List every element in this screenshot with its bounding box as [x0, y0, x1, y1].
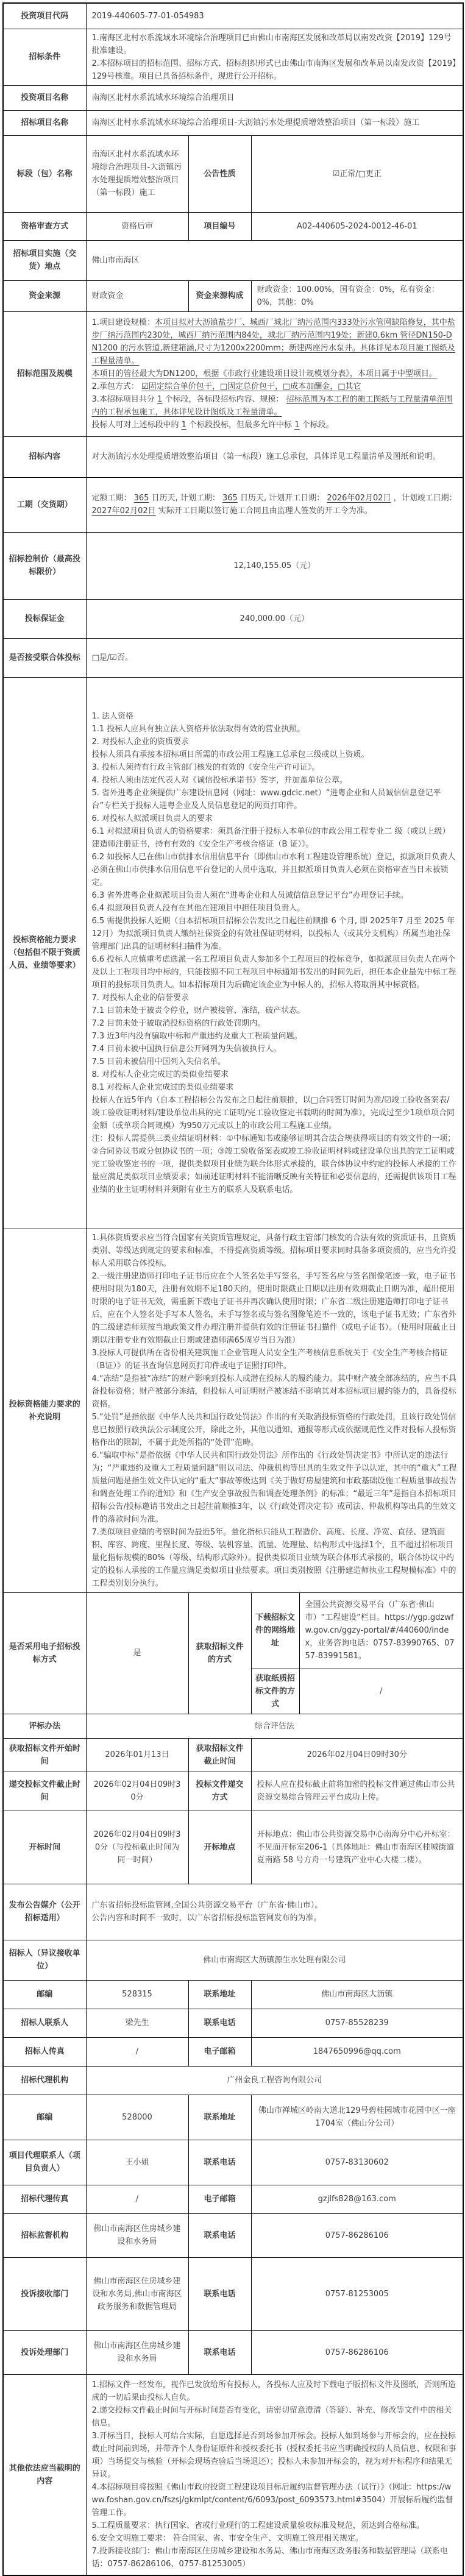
value-tenderer-zipcode: 528315	[86, 1980, 188, 2009]
value-tender-project-name: 南海区北村水系流域水环境综合治理项目-大沥镇污水处理提质增效整治项目（第一标段）…	[86, 110, 463, 135]
value-tenderer-phone: 0757-85528239	[251, 2009, 463, 2037]
row-agency: 招标代理机构 广州金良工程咨询有限公司	[3, 2066, 463, 2095]
value-notice-nature: ☑正常/□更正	[251, 135, 463, 212]
paragraph: 6.1 对拟派项目负责人的资格要求：须具备注册于投标人本单位的市政公用工程专业二…	[92, 825, 458, 851]
row-agency-fax: 招标代理传真 / 电子邮箱 gzjlfs828@163.com	[3, 2185, 463, 2213]
paragraph: 7.投诉接收部门：佛山市南海区住房城乡建设和水务局、佛山市南海区政务服务和数据管…	[92, 2545, 458, 2571]
paragraph: 6.5 需提供投标人近期（自本招标项目招标公告发出之日起往前顺推 6 个月, 即…	[92, 915, 458, 953]
value-bid-opening-time: 2026年02月04日09时30分（与投标截止时间为同一时间）	[86, 1811, 188, 1884]
paragraph: 2. 对投标人企业的资质要求	[92, 736, 458, 748]
value-section-name: 南海区北村水系流域水环境综合治理项目-大沥镇污水处理提质增效整治项目（第一标段）…	[86, 135, 188, 212]
label-section-name: 标段（包）名称	[3, 135, 86, 212]
value-qualification-requirements: 1. 法人资格1.1 投标人应具有独立法人资格并依法取得有效的营业执照。2. 对…	[86, 677, 463, 1229]
value-tenderer-email: 1847650996@qq.com	[251, 2037, 463, 2066]
label-submission-deadline: 递交投标文件截止时间	[3, 1772, 86, 1811]
label-qualification-requirements: 投标资格能力要求（包括但不限于资质人员、业绩等要求）	[3, 677, 86, 1229]
row-complaint-receiving: 投诉接收部门 佛山市南海区住房城乡建设和水务局,佛山市南海区政务服务和数据管理局…	[3, 2257, 463, 2330]
label-agency-address: 联系地址	[188, 2095, 251, 2140]
paragraph: 7.2 目前未处于被取消投标资格的行政处罚期内。	[92, 1017, 458, 1030]
label-electronic-bidding: 是否采用电子招标投标方式	[3, 1592, 86, 1714]
label-supervision-phone: 联系电话	[188, 2213, 251, 2257]
row-tender-content: 招标内容 对大沥镇污水处理提质增效整治项目（第一标段）施工总承包，具体详见工程量…	[3, 436, 463, 477]
label-project-number: 项目编号	[188, 212, 251, 240]
row-qualification-supplement: 投标资格能力要求的补充说明 1.具体资质要求应当符合国家有关资质管理规定，具备行…	[3, 1229, 463, 1592]
value-supervision-phone: 0757-86286106	[251, 2213, 463, 2257]
paragraph: 7.类似项目业绩的考察时间为最近5年。量化指标只能从工程造价、高度、长度、净宽、…	[92, 1526, 458, 1590]
text-segment: 1.项目建设规模：	[92, 318, 155, 327]
row-tenderer: 招标人（异议接收单位） 佛山市南海区大沥镇源生水处理有限公司	[3, 1940, 463, 1980]
paragraph: 1.南海区北村水系流域水环境综合治理项目已由佛山市南海区发展和改革局以南发改资【…	[92, 32, 458, 57]
row-qualification-requirements: 投标资格能力要求（包括但不限于资质人员、业绩等要求） 1. 法人资格1.1 投标…	[3, 677, 463, 1229]
paragraph: 注：投标人需提供三类业绩证明材料：①中标通知书或能够证明其合法合规获得项目的有效…	[92, 1132, 458, 1196]
value-duration: 定额工期： 365 日历天, 计划工期： 365 日历天, 计划开工日期： 20…	[86, 477, 463, 532]
value-submission-deadline: 2026年02月04日09时30分	[86, 1772, 188, 1811]
label-consortium: 是否接受联合体投标	[3, 638, 86, 677]
text-segment: 个标段，各标段招标内容、规模：	[162, 395, 286, 404]
row-tender-scope: 招标范围及规模 1.项目建设规模：本项目拟对大沥镇盐步厂、城西厂城北厂纳污范围内…	[3, 311, 463, 436]
row-bid-deposit: 投标保证金 240,000.00（元）	[3, 599, 463, 638]
label-investment-name: 投资项目名称	[3, 85, 86, 110]
paragraph: 2.递交投标文件截止时间与开标时间是否有变化，请密切留意澄清（答疑）、补充、修改…	[92, 2404, 458, 2430]
label-tender-conditions: 招标条件	[3, 29, 86, 85]
value-electronic-bidding: 是	[86, 1592, 188, 1714]
paragraph: 8.1 对投标人企业完成过的类似业绩要求	[92, 1081, 458, 1094]
label-documents-deadline: 获取招标文件截止时间	[188, 1738, 251, 1772]
value-funding-source: 财政资金	[86, 280, 188, 311]
label-bid-deposit: 投标保证金	[3, 599, 86, 638]
filled-blank-text: 1	[182, 420, 186, 430]
value-funding-composition: 财政资金：100.00%，国有资金：0%，私有资金：0%，其他：0%	[251, 280, 463, 311]
text-segment: 3.本招标项目共分	[92, 395, 158, 404]
row-agency-contact: 项目代理联系人（项目负责人） 王小姐 联系电话 0757-83130602	[3, 2140, 463, 2185]
value-qualification-review: 资格后审	[86, 212, 188, 240]
row-consortium: 是否接受联合体投标 □是/☑否。	[3, 638, 463, 677]
row-duration: 工期（交货期） 定额工期： 365 日历天, 计划工期： 365 日历天, 计划…	[3, 477, 463, 532]
label-complaint-handling: 投诉处理部门	[3, 2330, 86, 2374]
paragraph: 1. 法人资格	[92, 710, 458, 723]
text-segment: ，计划竣工日期：	[391, 494, 457, 503]
label-notice-nature: 公告性质	[188, 135, 251, 212]
row-announcement-media: 发布公告媒介（公开招标适用） 广东省招标投标监管网,全国公共资源交易平台（广东省…	[3, 1884, 463, 1940]
text-segment: 个标段投标，但最多允许中标	[186, 420, 294, 430]
row-tenderer-zipcode: 邮编 528315 联系地址 佛山市南海区大沥镇	[3, 1980, 463, 2009]
label-tenderer-fax: 招标人传真	[3, 2037, 86, 2066]
paragraph: 4.本招标项目将按照《佛山市政府投资工程建设项目标后履约监督管理办法（试行）》（…	[92, 2481, 458, 2519]
value-qualification-supplement: 1.具体资质要求应当符合国家有关资质管理规定，具备行政主管部门核发的合法有效的资…	[86, 1229, 463, 1592]
row-section-name: 标段（包）名称 南海区北村水系流域水环境综合治理项目-大沥镇污水处理提质增效整治…	[3, 135, 463, 212]
label-investment-code: 投资项目代码	[3, 3, 86, 29]
value-supervision-agency: 佛山市南海区住房城乡建设和水务局	[86, 2213, 188, 2257]
text-segment: 个标段。	[299, 420, 333, 430]
filled-blank-text: ☑固定综合单价包干，□固定总价包干，□成本加酬金，□其它	[141, 382, 361, 391]
label-bid-opening-place: 开标地点	[188, 1811, 251, 1884]
value-investment-name: 南海区北村水系流域水环境综合治理项目	[86, 85, 463, 110]
value-complaint-handling: 佛山市南海区住房城乡建设和水务局	[86, 2330, 188, 2374]
label-complaint-handling-phone: 联系电话	[188, 2330, 251, 2374]
paragraph: 6.3 省外进粤企业拟派项目负责人须在“进粤企业和人员诚信信息登记平台”办理登记…	[92, 889, 458, 902]
text-segment: 投标人可对上述标段中的	[92, 420, 182, 430]
value-consortium: □是/☑否。	[86, 638, 463, 677]
value-complaint-receiving: 佛山市南海区住房城乡建设和水务局,佛山市南海区政务服务和数据管理局	[86, 2257, 188, 2330]
paragraph: 7.1 目前未处于被责令停业，财产被接管、冻结，破产状态。	[92, 1004, 458, 1017]
value-project-location: 佛山市南海区	[86, 240, 463, 280]
label-paper-documents-method: 获取纸质招标文件的方式	[251, 1669, 299, 1714]
label-bid-opening-time: 开标时间	[3, 1811, 86, 1884]
row-electronic-bidding: 是否采用电子招标投标方式 是 获取招标文件的方式 下载招标文件的网络地址 全国公…	[3, 1592, 463, 1669]
value-tenderer-fax: /	[86, 2037, 188, 2066]
text-segment: 实际开工日期以签订施工合同且由监理人签发的开工令为准。	[156, 506, 372, 516]
value-announcement-media: 广东省招标投标监管网,全国公共资源交易平台（广东省·佛山市）。公告内容和时间不一…	[86, 1884, 463, 1940]
row-bid-opening: 开标时间 2026年02月04日09时30分（与投标截止时间为同一时间） 开标地…	[3, 1811, 463, 1884]
value-agency-zipcode: 528000	[86, 2095, 188, 2140]
text-segment: 日历天, 计划工期：	[149, 494, 222, 503]
row-evaluation-method: 评标办法 综合评估法	[3, 1714, 463, 1738]
row-complaint-handling: 投诉处理部门 佛山市南海区住房城乡建设和水务局 联系电话 0757-862861…	[3, 2330, 463, 2374]
row-funding-source: 资金来源 财政资金 资金来源构成 财政资金：100.00%，国有资金：0%，私有…	[3, 280, 463, 311]
paragraph: 投标人可对上述标段中的 1 个标段投标，但最多允许中标 1 个标段。	[92, 419, 458, 431]
paragraph: 公告内容和时间不一致时，以广东省招标投标监管网发布的为准。	[92, 1912, 458, 1925]
paragraph: 7. 对投标人企业的信誉要求	[92, 992, 458, 1004]
label-agency: 招标代理机构	[3, 2066, 86, 2095]
value-complaint-handling-phone: 0757-86286106	[251, 2330, 463, 2374]
label-tenderer-address: 联系地址	[188, 1980, 251, 2009]
value-download-address: 全国公共资源交易平台（广东省·佛山市）“工程建设”栏目。https://ygp.…	[299, 1592, 463, 1669]
value-tenderer: 佛山市南海区大沥镇源生水处理有限公司	[86, 1940, 463, 1980]
paragraph: 1.项目建设规模：本项目拟对大沥镇盐步厂、城西厂城北厂纳污范围内333处污水管网…	[92, 316, 458, 367]
text-segment: 日历天, 计划开工日期：	[238, 494, 327, 503]
filled-blank-text: 365	[222, 494, 238, 503]
value-agency: 广州金良工程咨询有限公司	[86, 2066, 463, 2095]
paragraph: 4. 投标人须由法定代表人对《诚信投标承诺书》签字，并加盖单位公章。	[92, 774, 458, 787]
value-other-contents: 1.招标文件一经发布，视作已发放给所有投标人，各投标人应及时下载电子版招标文件及…	[86, 2374, 463, 2575]
text-segment: 2.承包方式：	[92, 382, 142, 391]
tender-announcement-page: 投资项目代码 2019-440605-77-01-054983 招标条件 1.南…	[0, 2, 465, 2576]
filled-blank-text: 2027年02月02日	[92, 506, 156, 516]
paragraph: 2.承包方式： ☑固定综合单价包干，□固定总价包干，□成本加酬金，□其它	[92, 380, 458, 393]
row-other-contents: 其他依法应当载明的内容 1.招标文件一经发布，视作已发放给所有投标人，各投标人应…	[3, 2374, 463, 2575]
label-obtain-documents-method: 获取招标文件的方式	[188, 1592, 251, 1714]
paragraph: 本项目的管径最大为DN1200，根据《市政行业建设项目设计规模划分表》，本项目属…	[92, 367, 458, 380]
row-price-ceiling: 招标控制价（最高投标限价） 12,140,155.05（元）	[3, 532, 463, 599]
label-announcement-media: 发布公告媒介（公开招标适用）	[3, 1884, 86, 1940]
label-submission-method: 投标文件递交方式	[188, 1772, 251, 1811]
paragraph: 3.投标人可提供所在省份相关建筑施工企业管理人员安全生产考核信息系统关于《安全生…	[92, 1347, 458, 1372]
label-qualification-review: 资格审查方式	[3, 212, 86, 240]
value-price-ceiling: 12,140,155.05（元）	[86, 532, 463, 599]
label-tender-content: 招标内容	[3, 436, 86, 477]
paragraph: 2.一级注册建造师打印电子证书后应在个人签名处手写签名，手写签名应与签名图像笔迹…	[92, 1270, 458, 1347]
value-tenderer-contact: 梁先生	[86, 2009, 188, 2037]
label-evaluation-method: 评标办法	[3, 1714, 86, 1738]
label-tenderer-email: 电子邮箱	[188, 2037, 251, 2066]
value-documents-deadline: 2026年02月04日09时30分	[251, 1738, 463, 1772]
label-tenderer-zipcode: 邮编	[3, 1980, 86, 2009]
value-submission-method: 投标人应在投标截止前将加密的投标文件通过佛山市公共资源交易综合管理云平台成功上传…	[251, 1772, 463, 1811]
value-project-number: A02-440605-2024-0012-46-01	[251, 212, 463, 240]
paragraph: 对大沥镇污水处理提质增效整治项目（第一标段）施工总承包，具体详见工程量清单及图纸…	[92, 450, 458, 463]
paragraph: 3.本招标项目共分 1 个标段，各标段招标内容、规模： 招标范围为本工程的施工图…	[92, 393, 458, 419]
value-documents-start-time: 2026年01月13日	[86, 1738, 188, 1772]
row-tender-project-name: 招标项目名称 南海区北村水系流域水环境综合治理项目-大沥镇污水处理提质增效整治项…	[3, 110, 463, 135]
row-qualification-review: 资格审查方式 资格后审 项目编号 A02-440605-2024-0012-46…	[3, 212, 463, 240]
paragraph: 6.4 拟派项目负责人没有在其他在建项目中担任项目负责人。	[92, 902, 458, 915]
label-qualification-supplement: 投标资格能力要求的补充说明	[3, 1229, 86, 1592]
row-tender-conditions: 招标条件 1.南海区北村水系流域水环境综合治理项目已由佛山市南海区发展和改革局以…	[3, 29, 463, 85]
paragraph: 8. 对投标人企业完成过的类似业绩要求	[92, 1068, 458, 1081]
row-project-location: 招标项目实施（交货）地点 佛山市南海区	[3, 240, 463, 280]
text-segment: 定额工期：	[92, 494, 134, 503]
label-other-contents: 其他依法应当载明的内容	[3, 2374, 86, 2575]
paragraph: 定额工期： 365 日历天, 计划工期： 365 日历天, 计划开工日期： 20…	[92, 492, 458, 517]
label-agency-zipcode: 邮编	[3, 2095, 86, 2140]
paragraph: 6.6 投标人应慎重考虑选派一名工程项目负责人参加多个工程项目的投标竞争，如拟派…	[92, 953, 458, 992]
value-tender-scope: 1.项目建设规模：本项目拟对大沥镇盐步厂、城西厂城北厂纳污范围内333处污水管网…	[86, 311, 463, 436]
row-tenderer-contact: 招标人联系人 梁先生 联系电话 0757-85528239	[3, 2009, 463, 2037]
row-documents-time: 获取招标文件开始时间 2026年01月13日 获取招标文件截止时间 2026年0…	[3, 1738, 463, 1772]
paragraph: 1.具体资质要求应当符合国家有关资质管理规定，具备行政主管部门核发的合法有效的资…	[92, 1232, 458, 1270]
label-agency-phone: 联系电话	[188, 2140, 251, 2185]
label-agency-fax: 招标代理传真	[3, 2185, 86, 2213]
label-download-address: 下载招标文件的网络地址	[251, 1592, 299, 1669]
row-investment-code: 投资项目代码 2019-440605-77-01-054983	[3, 3, 463, 29]
value-bid-opening-place: 开标地点：佛山市公共资源交易中心南海分中心开标室：不见面开标室206-1（具体地…	[251, 1811, 463, 1884]
paragraph: 6.2 如投标人已在佛山市供排水信用信息平台（即佛山市水利工程建设管理系统）登记…	[92, 851, 458, 889]
label-agency-email: 电子邮箱	[188, 2185, 251, 2213]
filled-blank-text: 365	[134, 494, 149, 503]
row-supervision-agency: 招标监督机构 佛山市南海区住房城乡建设和水务局 联系电话 0757-862861…	[3, 2213, 463, 2257]
row-submission-deadline: 递交投标文件截止时间 2026年02月04日09时30分 投标文件递交方式 投标…	[3, 1772, 463, 1811]
label-price-ceiling: 招标控制价（最高投标限价）	[3, 532, 86, 599]
label-agency-contact: 项目代理联系人（项目负责人）	[3, 2140, 86, 2185]
label-funding-source: 资金来源	[3, 280, 86, 311]
paragraph: 3. 投标人须持有行政主管部门核发的有效的《安全生产许可证》。	[92, 761, 458, 774]
value-agency-contact: 王小姐	[86, 2140, 188, 2185]
paragraph: 6.“骗取中标”是指依据《中华人民共和国行政处罚法》所作出的《行政处罚决定书》中…	[92, 1449, 458, 1526]
value-tenderer-address: 佛山市南海区大沥镇	[251, 1980, 463, 2009]
row-investment-name: 投资项目名称 南海区北村水系流域水环境综合治理项目	[3, 85, 463, 110]
label-tenderer: 招标人（异议接收单位）	[3, 1940, 86, 1980]
label-complaint-receiving: 投诉接收部门	[3, 2257, 86, 2330]
filled-blank-text: 本项目的管径最大为DN1200，根据《市政行业建设项目设计规模划分表》，本项目属…	[92, 369, 437, 378]
label-tenderer-contact: 招标人联系人	[3, 2009, 86, 2037]
label-tenderer-phone: 联系电话	[188, 2009, 251, 2037]
paragraph: 5.工程质量要求：执行国家、省或行业现行的工程建设质量验收标准及规范，须达到合格…	[92, 2519, 458, 2532]
paragraph: 7.4 目前未被中国执行信息公开网列为失信被执行人。	[92, 1043, 458, 1056]
paragraph: 投标人在近5年内（自本工程招标公告发布之日起往前顺推，以□合同签订时间为准/☑竣…	[92, 1094, 458, 1132]
label-funding-composition: 资金来源构成	[188, 280, 251, 311]
value-paper-documents-method: /	[299, 1669, 463, 1714]
value-agency-address: 佛山市禅城区岭南大道北129号碧桂园城市花园中区一座1704室（佛山分公司）	[251, 2095, 463, 2140]
row-agency-zipcode: 邮编 528000 联系地址 佛山市禅城区岭南大道北129号碧桂园城市花园中区一…	[3, 2095, 463, 2140]
tender-announcement-table: 投资项目代码 2019-440605-77-01-054983 招标条件 1.南…	[2, 2, 464, 2576]
value-agency-fax: /	[86, 2185, 188, 2213]
paragraph: 6.安全文明施工要求： 符合国家、省、市安全生产、文明施工管理相关规定。	[92, 2532, 458, 2545]
paragraph: 1.招标文件一经发布，视作已发放给所有投标人，各投标人应及时下载电子版招标文件及…	[92, 2379, 458, 2404]
paragraph: 1.1 投标人应具有独立法人资格并依法取得有效的营业执照。	[92, 723, 458, 736]
paragraph: 4.“冻结”是指被“冻结”的财产影响到投标人或潜在投标人的履约能力。其中财产被全…	[92, 1372, 458, 1411]
paragraph: 5. 省外进粤企业须提供广东建设信息网（网址：www.gdcic.net）“进粤…	[92, 787, 458, 812]
paragraph: 6. 对投标人拟派项目负责人的要求	[92, 812, 458, 825]
value-investment-code: 2019-440605-77-01-054983	[86, 3, 463, 29]
value-agency-email: gzjlfs828@163.com	[251, 2185, 463, 2213]
value-evaluation-method: 综合评估法	[86, 1714, 463, 1738]
label-duration: 工期（交货期）	[3, 477, 86, 532]
value-tender-conditions: 1.南海区北村水系流域水环境综合治理项目已由佛山市南海区发展和改革局以南发改资【…	[86, 29, 463, 85]
label-complaint-receiving-phone: 联系电话	[188, 2257, 251, 2330]
label-project-location: 招标项目实施（交货）地点	[3, 240, 86, 280]
paragraph: 广东省招标投标监管网,全国公共资源交易平台（广东省·佛山市）。	[92, 1899, 458, 1912]
paragraph: 5.“处罚”是指依据《中华人民共和国行政处罚法》作出的有关取消投标资格的行政处罚…	[92, 1411, 458, 1449]
paragraph: 7.3 近3年内没有骗取中标和严重违约及重大工程质量问题。	[92, 1030, 458, 1043]
value-complaint-receiving-phone: 0757-81253005	[251, 2257, 463, 2330]
value-agency-phone: 0757-83130602	[251, 2140, 463, 2185]
filled-blank-text: 2026年02月02日	[327, 494, 391, 503]
paragraph: 7.5 目前未被信用中国列入失信名单。	[92, 1056, 458, 1068]
label-tender-project-name: 招标项目名称	[3, 110, 86, 135]
label-tender-scope: 招标范围及规模	[3, 311, 86, 436]
label-documents-start-time: 获取招标文件开始时间	[3, 1738, 86, 1772]
row-tenderer-fax: 招标人传真 / 电子邮箱 1847650996@qq.com	[3, 2037, 463, 2066]
value-tender-content: 对大沥镇污水处理提质增效整治项目（第一标段）施工总承包，具体详见工程量清单及图纸…	[86, 436, 463, 477]
value-bid-deposit: 240,000.00（元）	[86, 599, 463, 638]
paragraph: 3.开标当日，投标人可结合实际，自愿选择是否到场参加开标会。投标人如到场参与开标…	[92, 2430, 458, 2481]
paragraph: 投标人须具有承接本招标项目所需的市政公用工程施工总承包三级或以上资质。	[92, 748, 458, 761]
paragraph: 2.本招标项目的招标范围、招标方式、招标组织形式已由佛山市南海区发展和改革局以南…	[92, 57, 458, 83]
label-supervision-agency: 招标监督机构	[3, 2213, 86, 2257]
